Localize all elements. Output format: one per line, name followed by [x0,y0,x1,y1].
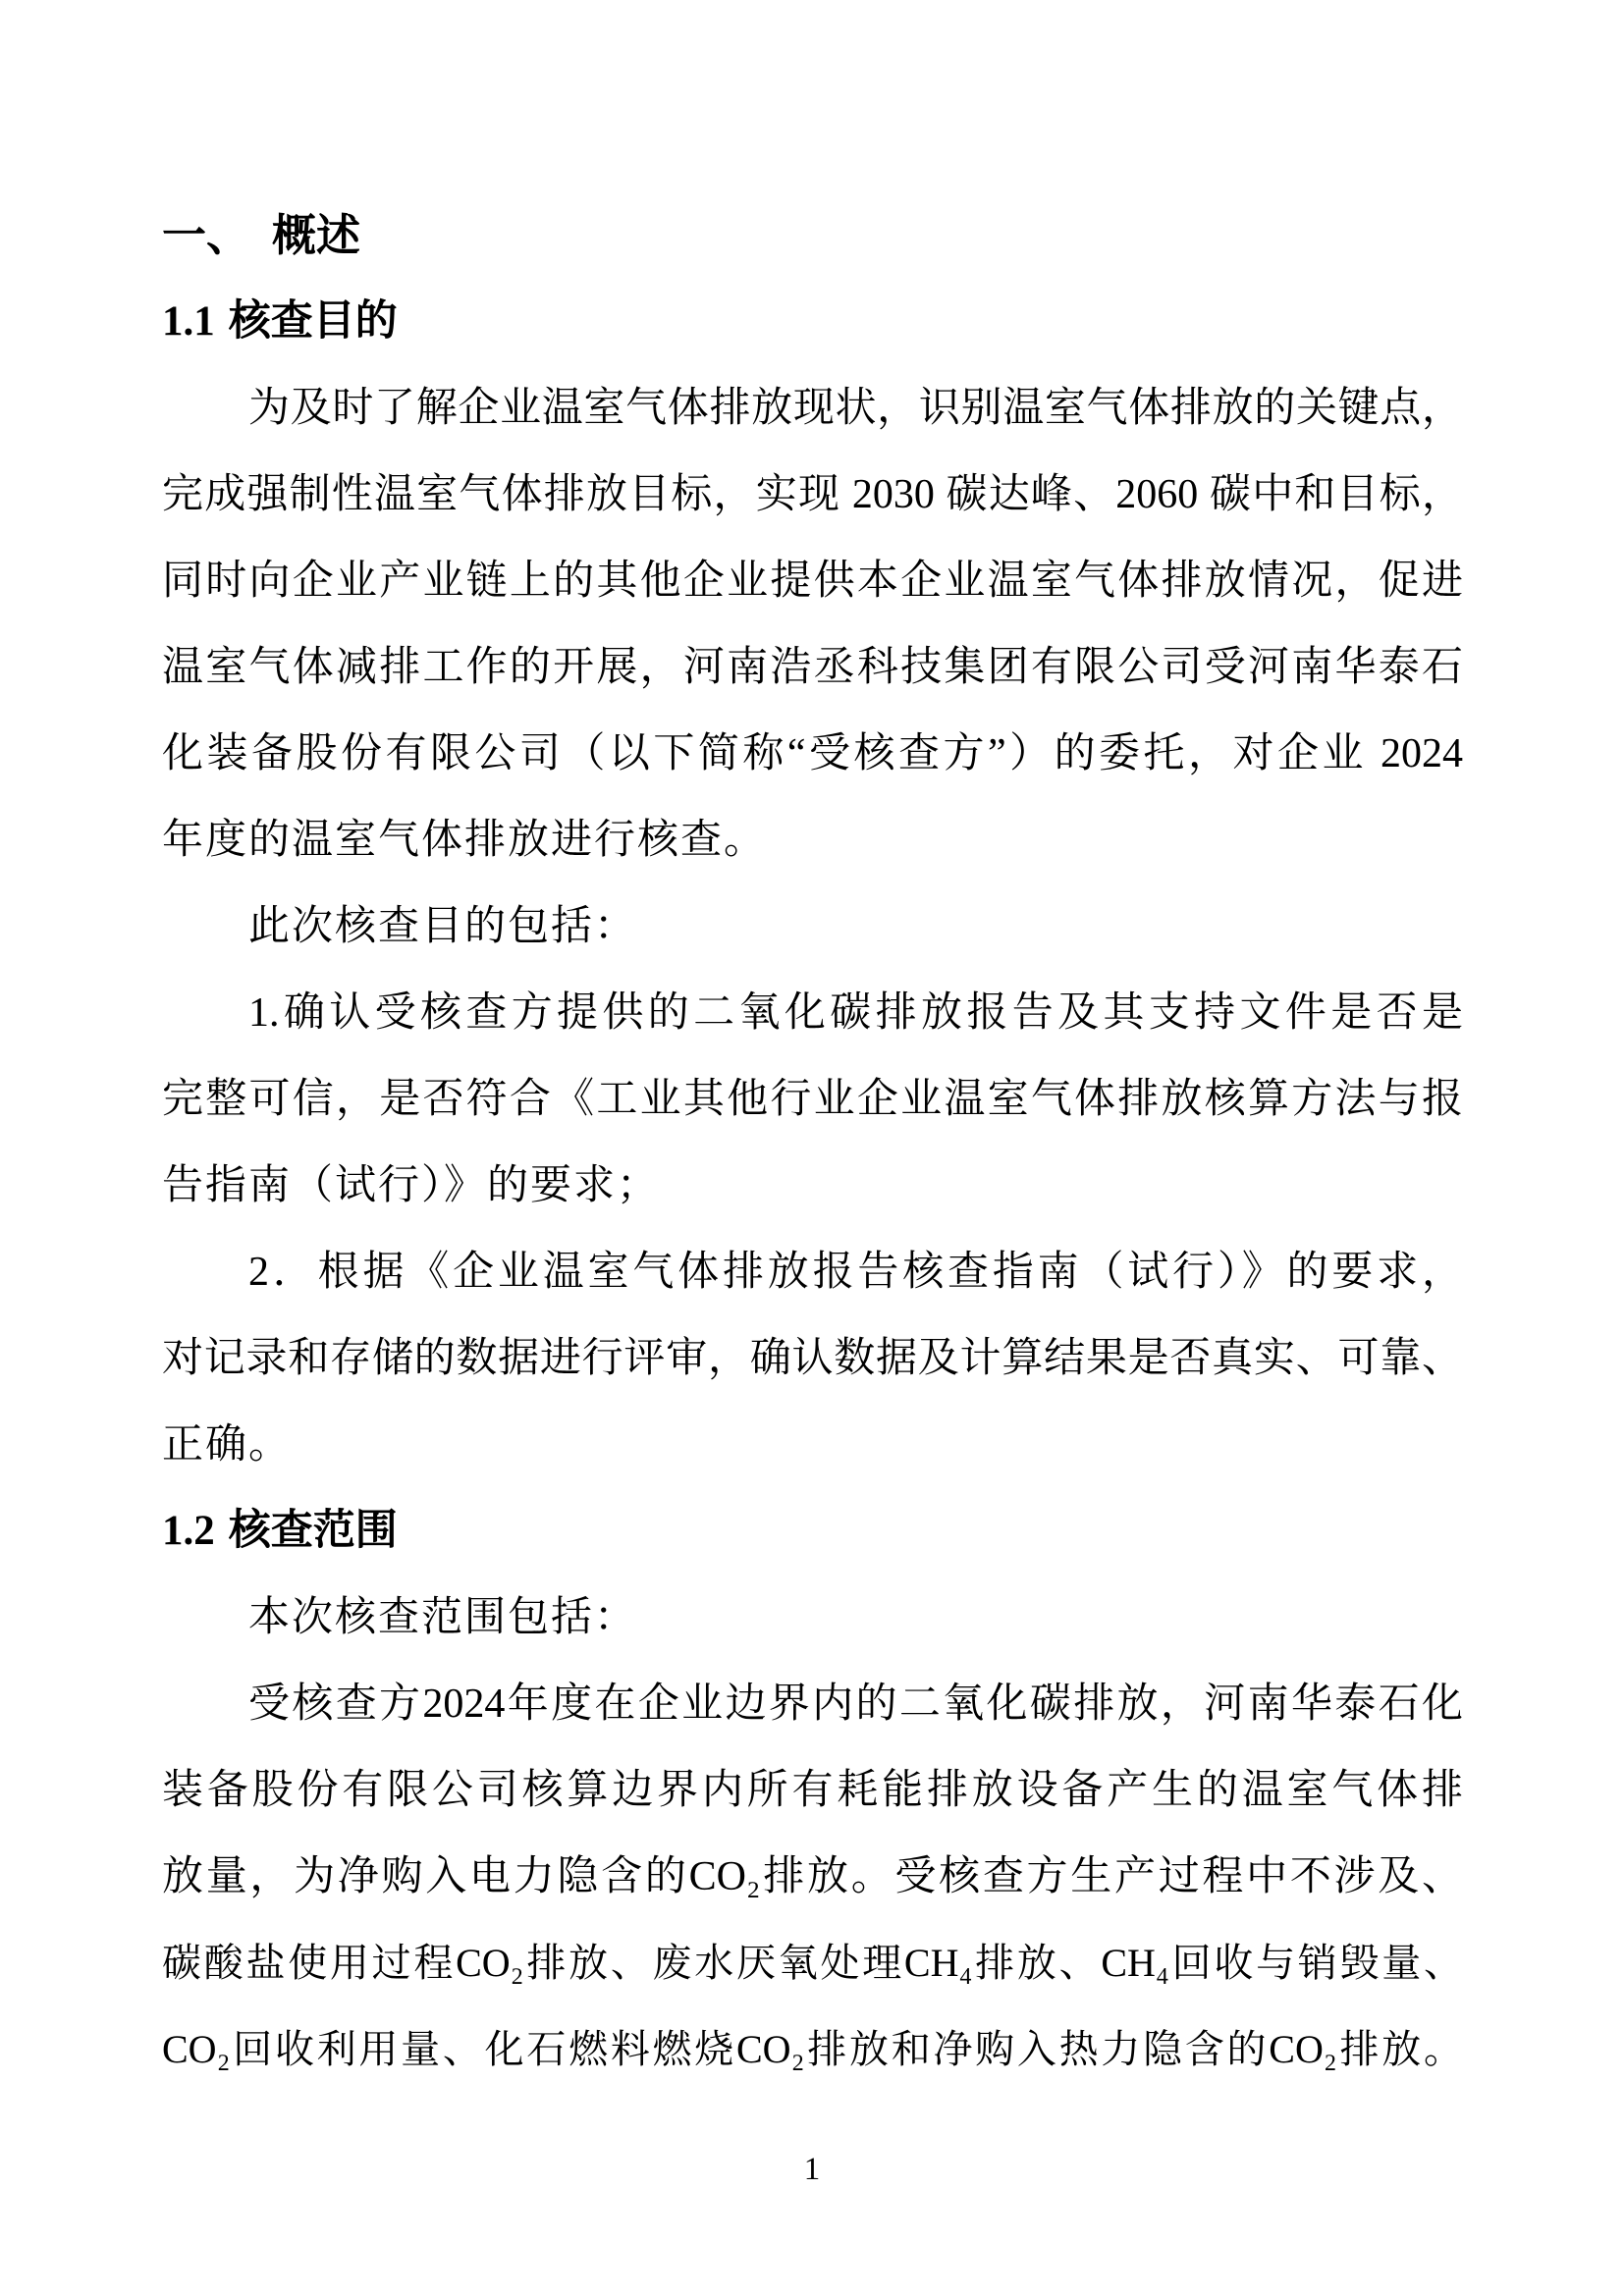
purpose-item2-line-2: 对记录和存储的数据进行评审，确认数据及计算结果是否真实、可靠、 [162,1315,1463,1402]
heading-section-1-2-title: 核查范围 [229,1508,398,1554]
heading-overview-text: 概述 [272,211,360,260]
heading-section-1-1-title: 核查目的 [229,298,398,345]
purpose-intro-line-6: 年度的温室气体排放进行核查。 [162,797,1463,883]
heading-overview: 一、概述 [162,192,1463,279]
page-number: 1 [0,2140,1624,2199]
scope-body-line-5: CO₂回收利用量、化石燃料燃烧CO₂排放和净购入热力隐含的CO₂排放。 [162,2006,1463,2093]
purpose-intro-line-1: 为及时了解企业温室气体排放现状，识别温室气体排放的关键点， [162,365,1463,452]
heading-section-1-2: 1.2核查范围 [162,1488,1463,1575]
purpose-lead-line: 此次核查目的包括： [162,883,1463,970]
heading-section-1-1: 1.1核查目的 [162,279,1463,365]
purpose-item1-line-2: 完整可信，是否符合《工业其他行业企业温室气体排放核算方法与报 [162,1056,1463,1143]
purpose-item1-line-1: 1.确认受核查方提供的二氧化碳排放报告及其支持文件是否是 [162,970,1463,1056]
scope-lead-line: 本次核查范围包括： [162,1575,1463,1661]
purpose-intro-line-3: 同时向企业产业链上的其他企业提供本企业温室气体排放情况，促进 [162,538,1463,624]
scope-body-line-3: 放量，为净购入电力隐含的CO₂排放。受核查方生产过程中不涉及、 [162,1834,1463,1920]
scope-body-line-4: 碳酸盐使用过程CO₂排放、废水厌氧处理CH₄排放、CH₄回收与销毁量、 [162,1920,1463,2006]
purpose-intro-line-5: 化装备股份有限公司（以下简称“受核查方”）的委托，对企业 2024 [162,711,1463,797]
scope-body-line-2: 装备股份有限公司核算边界内所有耗能排放设备产生的温室气体排 [162,1747,1463,1834]
purpose-item1-line-3: 告指南（试行）》的要求； [162,1143,1463,1229]
purpose-item2-line-1: 2．根据《企业温室气体排放报告核查指南（试行）》的要求， [162,1229,1463,1315]
purpose-intro-line-4: 温室气体减排工作的开展，河南浩丞科技集团有限公司受河南华泰石 [162,624,1463,711]
heading-section-1-1-number: 1.1 [162,298,215,345]
heading-section-1-2-number: 1.2 [162,1508,215,1554]
scope-body-line-1: 受核查方2024年度在企业边界内的二氧化碳排放，河南华泰石化 [162,1661,1463,1747]
purpose-item2-line-3: 正确。 [162,1402,1463,1488]
page-body: 一、概述 1.1核查目的 为及时了解企业温室气体排放现状，识别温室气体排放的关键… [162,192,1463,2093]
purpose-intro-line-2: 完成强制性温室气体排放目标，实现 2030 碳达峰、2060 碳中和目标， [162,452,1463,538]
heading-overview-number: 一、 [162,211,250,260]
